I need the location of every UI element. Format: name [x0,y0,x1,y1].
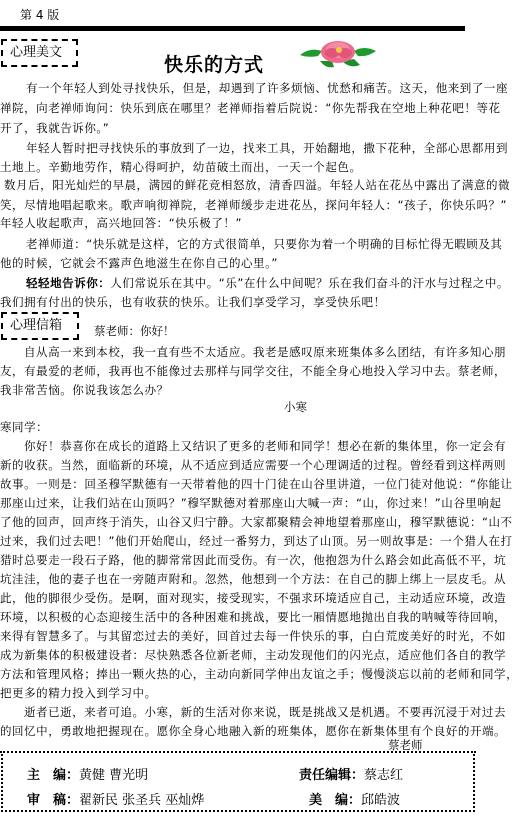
bottom-rule [0,751,476,753]
letter-salutation: 蔡老师：你好！ [94,323,175,339]
paragraph-line: 笑，尽情地唱起歌来。歌声响彻禅院，老禅师缓步走进花丛，探问年轻人：“孩子，你快乐… [0,196,464,215]
paragraph-line: 土地上。辛勤地劳作，精心得呵护，幼苗破土而出，一天一个起色。 [0,158,464,177]
paragraph-line: 有一个年轻人到处寻找快乐，但是，却遇到了许多烦恼、忧愁和痛苦。这天，他来到了一座 [0,79,464,98]
reply-line: 此，他的脚很少受伤。是啊，面对现实，接受现实，不强求环境适应自己，主动适应环境，… [0,589,464,608]
paragraph-line: 禅院，向老禅师询问：快乐到底在哪里？老禅师指着后院说：“你先帮我在空地上种花吧！… [0,99,464,118]
paragraph-line: 我们拥有付出的快乐，也有收获的快乐。让我们享受学习，享受快乐吧！ [0,293,464,312]
article-title: 快乐的方式 [164,50,264,77]
reply-line: 那座山过来，让我们站在山顶吗？”穆罕默德对着那座山大喊一声：“山，你过来！”山谷… [0,494,464,513]
credit-chief-editor: 主 编：黄健 曹光明 [27,764,148,783]
reply-line: 方法和管理风格；捧出一颗火热的心，主动向新同学伸出友谊之手；慢慢淡忘以前的老师和… [0,665,464,684]
paragraph-line: 开了，我就告诉你。” [0,119,464,138]
paragraph-line: 年轻人收起歌声，高兴地回答：“快乐极了！” [0,214,464,233]
art-editor-value: 邱皓波 [361,789,400,808]
reply-line: 逝者已逝，来者可追。小寒，新的生活对你来说，既是挑战又是机遇。不要再沉浸于对过去 [0,703,464,722]
letter-line: 友，有最爱的老师，我再也不能像过去那样与同学交往，不能全身心地投入学习中去。蔡老… [0,362,464,381]
reply-line: 成为新集体的积极建设者：尽快熟悉各位新老师，主动发现他们的闪光点，适应他们各自的… [0,646,464,665]
responsible-editor-value: 蔡志红 [364,764,403,783]
reply-line: 坑洼洼，他的妻子也在一旁随声附和。忽然，他想到一个方法：在自己的脚上绑上一层皮毛… [0,570,464,589]
reply-line: 了他的回声，回声终于消失，山谷又归宁静。大家都聚精会神地望着那座山，穆罕默德说：… [0,513,464,532]
reply-line: 故事。一则是：回圣穆罕默德有一天带着他的四十门徒在山谷里讲道，一位门徒对他说：“… [0,475,464,494]
credit-responsible-editor: 责任编辑：蔡志红 [299,764,403,783]
reply-line: 新的收获。当然，面临新的环境，从不适应到适应需要一个心理调适的过程。曾经看到这样… [0,456,464,475]
paragraph-line: 老禅师道：“快乐就是这样，它的方式很简单，只要你为着一个明确的目标忙得无暇顾及其 [0,235,464,254]
note-label: 轻轻地告诉你： [26,276,110,290]
top-rule [0,26,465,31]
note-text: 人们常说乐在其中。“乐”在什么中间呢？乐在我们奋斗的汗水与过程之中。 [110,276,509,290]
letter-line: 自从高一来到本校，我一直有些不太适应。我老是感叹原来班集体多么团结，有许多知心朋 [0,343,464,362]
note-line: 轻轻地告诉你：人们常说乐在其中。“乐”在什么中间呢？乐在我们奋斗的汗水与过程之中… [0,274,464,293]
reviewer-value: 翟新民 张圣兵 巫灿烨 [79,789,204,808]
reviewer-label: 审 稿： [27,789,79,808]
reply-line: 把更多的精力投入到学习中。 [0,684,464,703]
letter-line: 我非常苦恼。你说我该怎么办？ [0,381,464,400]
credit-reviewer: 审 稿：翟新民 张圣兵 巫灿烨 [27,789,204,808]
paragraph-line: 数月后，阳光灿烂的早晨，满园的鲜花竞相怒放，清香四溢。年轻人站在花丛中露出了满意… [0,176,464,195]
section-tag-psych-mailbox: 心理信箱 [1,312,79,340]
art-editor-label: 美 编： [309,789,361,808]
chief-editor-label: 主 编： [27,764,79,783]
flower-image [298,37,378,71]
responsible-editor-label: 责任编辑： [299,764,364,783]
credit-art-editor: 美 编：邱皓波 [309,789,400,808]
reply-line: 来得有智慧多了。与其留恋过去的美好，回首过去每一件快乐的事，白白荒废美好的时光，… [0,627,464,646]
reply-line: 你好！恭喜你在成长的道路上又结识了更多的老师和同学！想必在新的集体里，你一定会有 [0,437,464,456]
credits-box: 主 编：黄健 曹光明 责任编辑：蔡志红 审 稿：翟新民 张圣兵 巫灿烨 美 编：… [1,754,475,812]
page-label: 第 4 版 [20,6,59,23]
reply-salutation: 寒同学： [0,418,464,437]
paragraph-line: 他的时候，它就会不露声色地滋生在你自己的心里。” [0,254,464,273]
section-tag-psych-essay: 心理美文 [1,39,78,67]
letter-signature: 小寒 [284,399,307,415]
reply-line: 环境，以积极的心态迎接生活中的各种困难和挑战，要比一厢情愿地抛出自我的呐喊等待回… [0,608,464,627]
chief-editor-value: 黄健 曹光明 [79,764,148,783]
paragraph-line: 年轻人暂时把寻找快乐的事放到了一边，找来工具，开始翻地，撒下花种，全部心思都用到 [0,139,464,158]
reply-line: 过来，我们过去吧！”他们开始爬山，经过一番努力，到达了山顶。另一则故事是：一个猎… [0,532,464,551]
reply-line: 猎时总要走一段石子路，他的脚常常因此而受伤。有一次，他抱怨为什么路会如此高低不平… [0,551,464,570]
